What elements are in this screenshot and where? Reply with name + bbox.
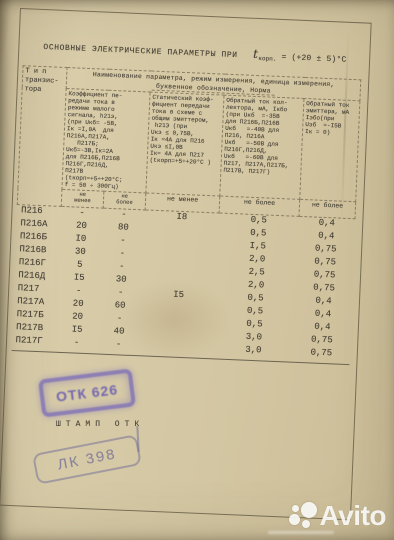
photographed-datasheet-page: ОСНОВНЫЕ ЭЛЕКТРИЧЕСКИЕ ПАРАМЕТРЫ ПРИ tко… xyxy=(0,0,394,540)
avito-brand-text: Avito xyxy=(320,502,386,530)
temp-value: = (+20 ± 5)°С xyxy=(276,53,346,65)
param-h21e-static: Статический коэф-фициент передачитока в … xyxy=(146,92,224,196)
norm-min-label: неменее xyxy=(61,189,104,208)
cell-ikbo: 3,0 xyxy=(213,343,294,362)
parameters-table: Т и птранзис-тора Наименование параметра… xyxy=(11,65,362,365)
page-title: ОСНОВНЫЕ ЭЛЕКТРИЧЕСКИЕ ПАРАМЕТРЫ ПРИ tко… xyxy=(43,38,363,66)
otk-typed-caption: ШТАМП ОТК xyxy=(56,420,144,429)
param-description-row: Коэффициент пе-редачи тока врежиме малог… xyxy=(18,87,360,202)
watermark-fineprint xyxy=(268,531,334,534)
param-h21e-small-signal: Коэффициент пе-редачи тока врежиме малог… xyxy=(62,89,150,193)
norm-max-label: неболее xyxy=(103,191,146,210)
cell-iebo: 0,75 xyxy=(293,347,350,365)
otk-stamp-text: ОТК 626 xyxy=(55,381,119,404)
page-frame: ОСНОВНЫЕ ЭЛЕКТРИЧЕСКИЕ ПАРАМЕТРЫ ПРИ tко… xyxy=(0,8,372,520)
param-iebo: Обратный токэмиттера, мАIэбо(приUэб =-I5… xyxy=(300,98,360,201)
avito-logo-icon xyxy=(289,502,317,530)
avito-watermark: Avito xyxy=(289,502,386,530)
param-ikbo: Обратный ток кол-лектора, мА, Iкбо(при U… xyxy=(220,95,304,199)
table-body: П216--I80,50,4П216А20800,50,4П216БI0-I,5… xyxy=(11,205,355,365)
lk-stamp-text: ЛК 398 xyxy=(56,445,118,473)
type-column-header: Т и птранзис-тора xyxy=(17,66,67,207)
cell-type: П217Г xyxy=(11,335,56,352)
cell-max: - xyxy=(97,339,140,356)
temp-subscript: корп. xyxy=(258,55,276,63)
title-text: ОСНОВНЫЕ ЭЛЕКТРИЧЕСКИЕ ПАРАМЕТРЫ ПРИ xyxy=(43,43,238,60)
cell-static xyxy=(139,340,214,359)
cell-min: - xyxy=(55,337,98,354)
